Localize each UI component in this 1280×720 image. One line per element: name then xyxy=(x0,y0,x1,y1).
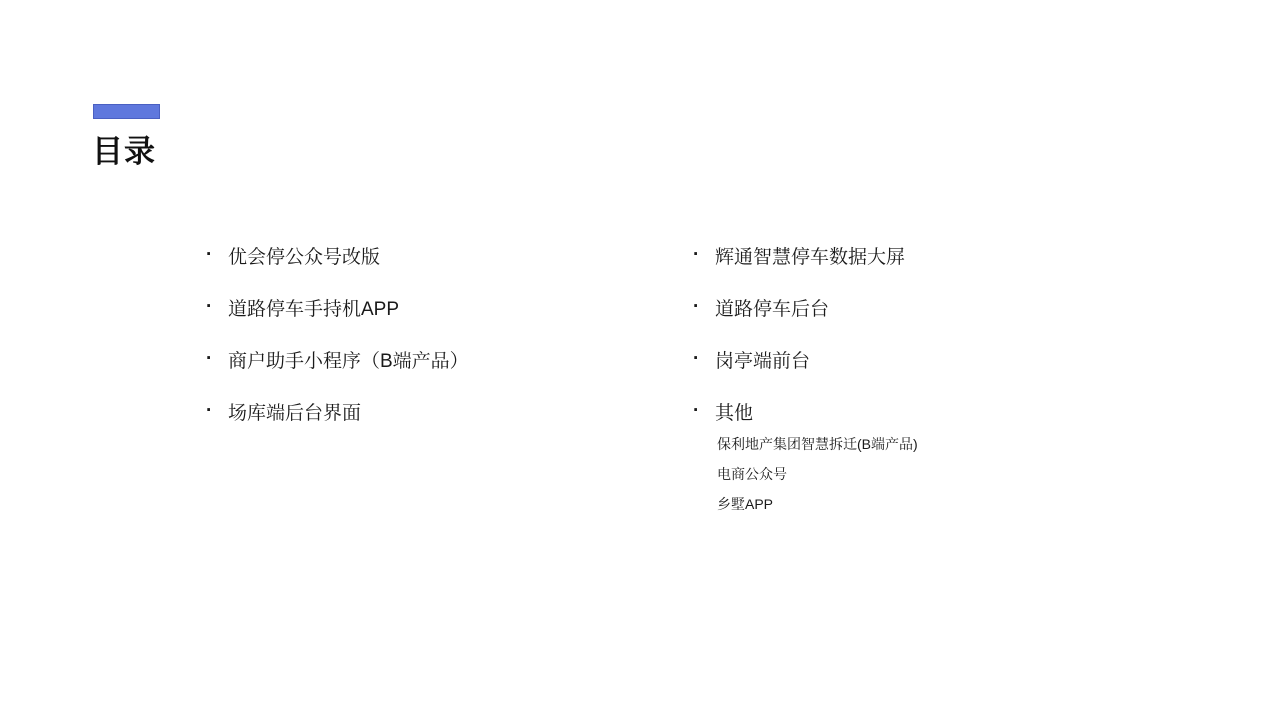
bullet-icon: · xyxy=(693,244,715,266)
bullet-icon: · xyxy=(693,296,715,318)
toc-sub-item: 电商公众号 xyxy=(717,459,1113,489)
toc-item: · 道路停车手持机APP xyxy=(206,295,626,319)
toc-item-label: 岗亭端前台 xyxy=(715,346,810,373)
toc-item-label: 场库端后台界面 xyxy=(228,398,361,425)
toc-item-label: 道路停车后台 xyxy=(715,294,829,321)
toc-item: · 场库端后台界面 xyxy=(206,399,626,423)
toc-item: · 道路停车后台 xyxy=(693,295,1113,319)
accent-bar xyxy=(93,104,160,119)
page-title: 目录 xyxy=(92,132,156,172)
toc-sub-item: 乡墅APP xyxy=(717,489,1113,519)
toc-item: · 岗亭端前台 xyxy=(693,347,1113,371)
toc-sub-item: 保利地产集团智慧拆迁(B端产品) xyxy=(717,429,1113,459)
slide-canvas: 目录 · 优会停公众号改版 · 道路停车手持机APP · 商户助手小程序（B端产… xyxy=(0,0,1280,720)
bullet-icon: · xyxy=(693,400,715,422)
bullet-icon: · xyxy=(206,348,228,370)
toc-left-column: · 优会停公众号改版 · 道路停车手持机APP · 商户助手小程序（B端产品） … xyxy=(206,243,626,451)
toc-item-label: 商户助手小程序（B端产品） xyxy=(228,346,469,373)
toc-item: · 优会停公众号改版 xyxy=(206,243,626,267)
toc-other-sub-list: 保利地产集团智慧拆迁(B端产品) 电商公众号 乡墅APP xyxy=(693,429,1113,519)
toc-item-label: 道路停车手持机APP xyxy=(228,294,399,321)
bullet-icon: · xyxy=(206,296,228,318)
toc-item: · 商户助手小程序（B端产品） xyxy=(206,347,626,371)
bullet-icon: · xyxy=(206,400,228,422)
toc-item: · 其他 xyxy=(693,399,1113,423)
toc-item-label: 优会停公众号改版 xyxy=(228,242,380,269)
toc-item-label: 辉通智慧停车数据大屏 xyxy=(715,242,905,269)
toc-item-label: 其他 xyxy=(715,398,753,425)
toc-item: · 辉通智慧停车数据大屏 xyxy=(693,243,1113,267)
bullet-icon: · xyxy=(693,348,715,370)
bullet-icon: · xyxy=(206,244,228,266)
toc-right-column: · 辉通智慧停车数据大屏 · 道路停车后台 · 岗亭端前台 · 其他 保利地产集… xyxy=(693,243,1113,519)
